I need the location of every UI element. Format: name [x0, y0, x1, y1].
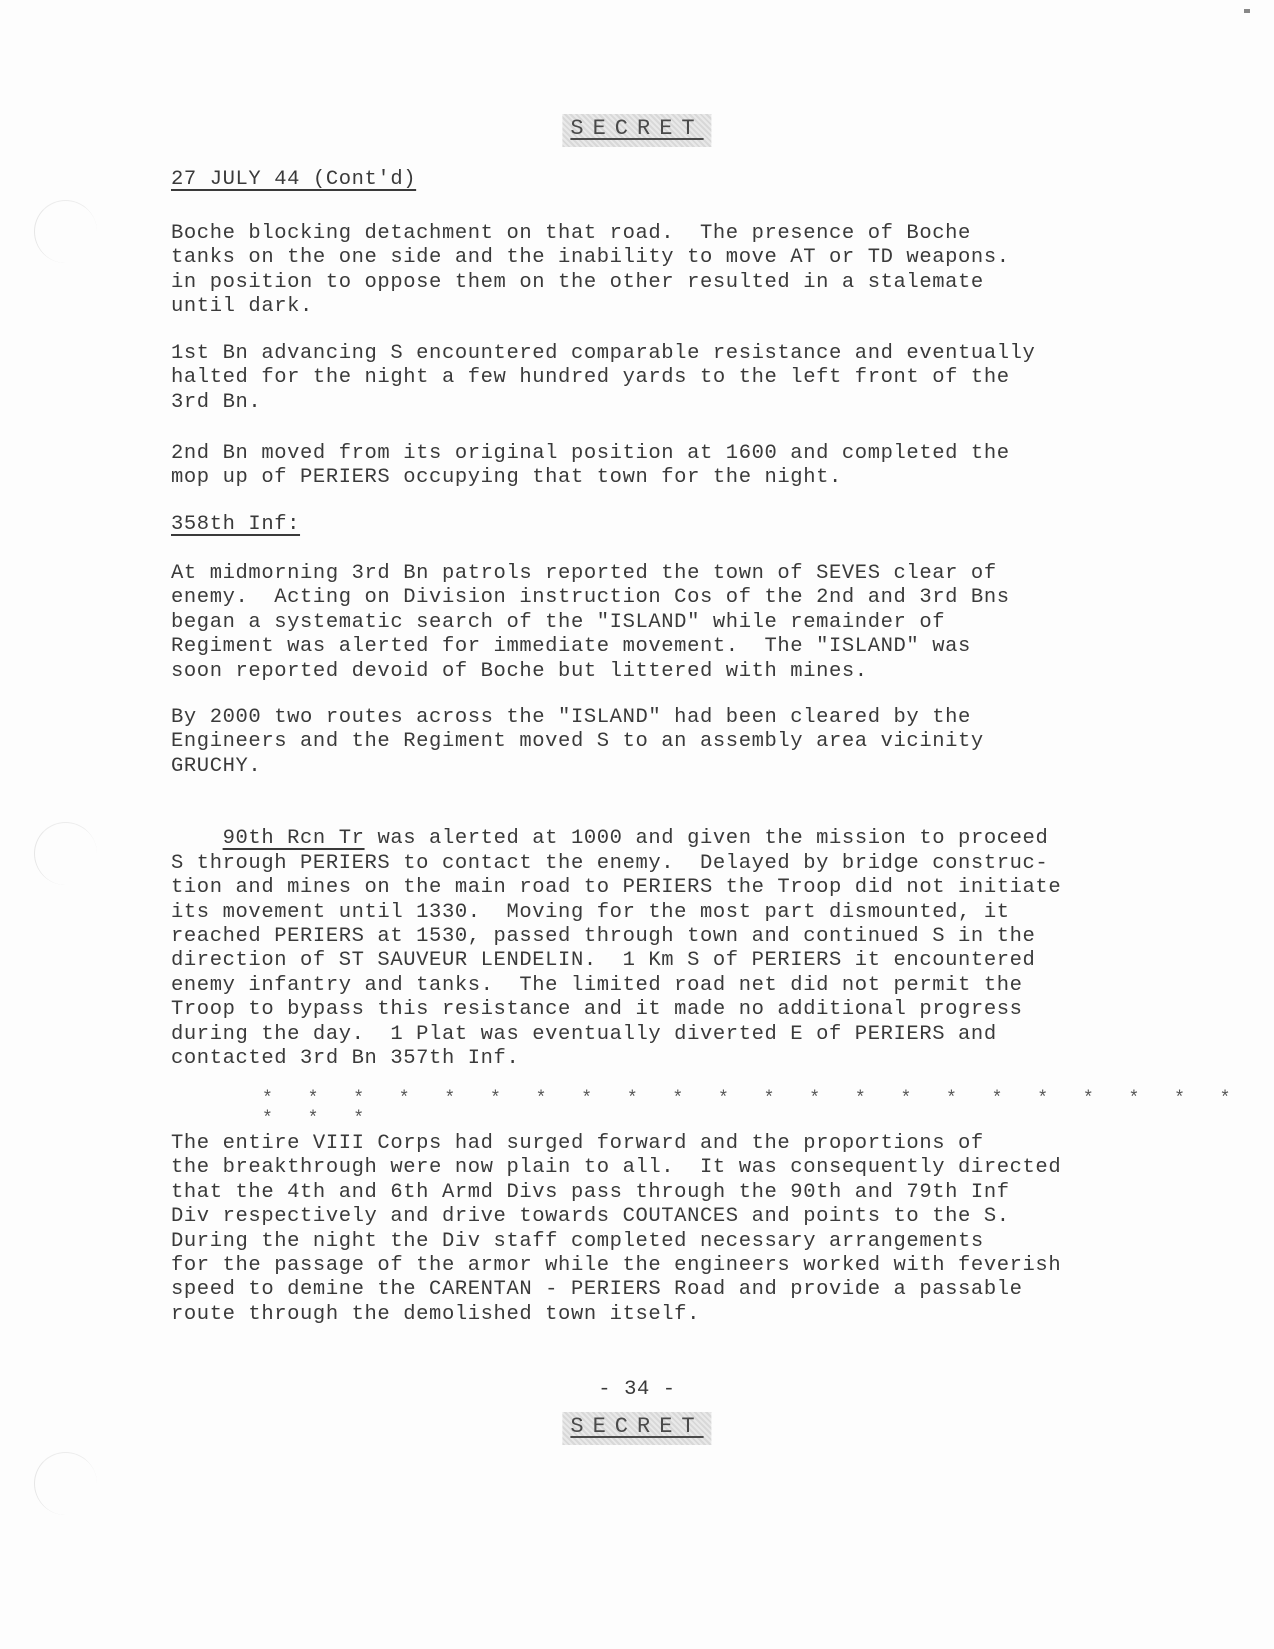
recon-first-line: was alerted at 1000 and given the missio… [365, 827, 1049, 850]
paragraph-1st-bn: 1st Bn advancing S encountered comparabl… [171, 342, 1035, 415]
section-separator: * * * * * * * * * * * * * * * * * * * * … [262, 1089, 1274, 1129]
paragraph-viii-corps: The entire VIII Corps had surged forward… [171, 1132, 1061, 1327]
classification-stamp-top: SECRET [562, 114, 711, 147]
paragraph-90th-rcn-tr: 90th Rcn Tr was alerted at 1000 and give… [171, 803, 1061, 1096]
recon-body: S through PERIERS to contact the enemy. … [171, 852, 1061, 1070]
classification-label: SECRET [570, 116, 703, 141]
paragraph-2nd-bn: 2nd Bn moved from its original position … [171, 442, 1010, 491]
punch-hole-mark [34, 200, 97, 263]
paragraph-358th-search: At midmorning 3rd Bn patrols reported th… [171, 562, 1010, 684]
paragraph-358th-routes: By 2000 two routes across the "ISLAND" h… [171, 706, 984, 779]
punch-hole-mark [34, 1452, 97, 1515]
unit-name-90th-rcn-tr: 90th Rcn Tr [223, 827, 365, 850]
date-heading: 27 JULY 44 (Cont'd) [171, 168, 416, 191]
scan-speck [1244, 9, 1250, 13]
document-page: SECRET 27 JULY 44 (Cont'd) Boche blockin… [0, 0, 1274, 1649]
page-number: - 34 - [598, 1378, 675, 1401]
classification-stamp-bottom: SECRET [562, 1412, 711, 1445]
classification-label: SECRET [570, 1414, 703, 1439]
paragraph-stalemate: Boche blocking detachment on that road. … [171, 222, 1010, 320]
punch-hole-mark [34, 822, 97, 885]
subheading-358th-inf: 358th Inf: [171, 513, 300, 536]
